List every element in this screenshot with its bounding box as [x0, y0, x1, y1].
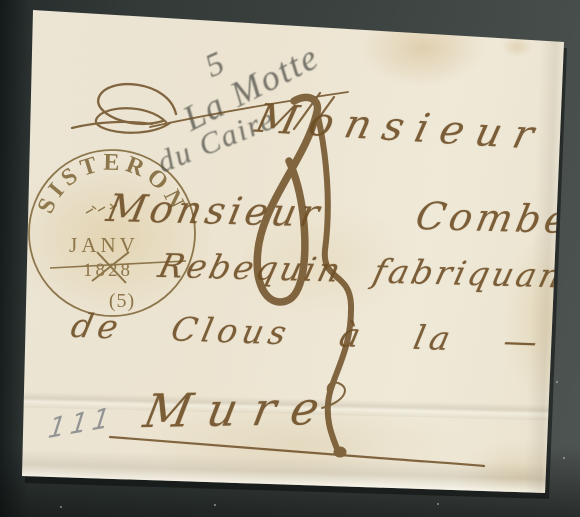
dust-speck — [556, 381, 558, 383]
photo-background: SISTERON JANV 1828 (5) 5 La Motte du Cai… — [0, 0, 580, 517]
dust-speck — [437, 503, 439, 505]
manuscript-ink-marks: 3 — [0, 0, 580, 517]
ink-paraph — [72, 84, 348, 133]
tax-marking-3: 3 — [257, 97, 351, 457]
dust-speck — [563, 457, 565, 459]
folded-letter: SISTERON JANV 1828 (5) 5 La Motte du Cai… — [0, 0, 580, 517]
dust-speck — [60, 506, 62, 508]
dust-speck — [214, 504, 216, 506]
signature-flourish — [110, 382, 484, 466]
